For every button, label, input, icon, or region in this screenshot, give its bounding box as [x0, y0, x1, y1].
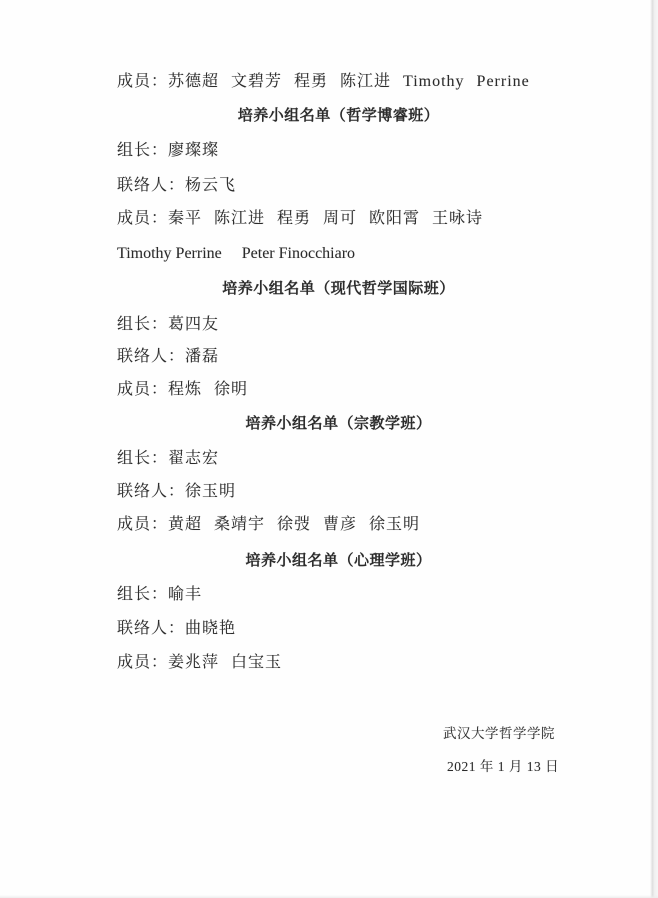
leader-line: 组长：葛四友: [117, 317, 219, 333]
members-line: 成员：秦平 陈江进 程勇 周可 欧阳霄 王咏诗: [117, 211, 483, 227]
contact-line: 联络人：杨云飞: [117, 178, 236, 194]
members-overflow-line: Timothy Perrine Peter Finocchiaro: [117, 246, 355, 262]
members-line: 成员：姜兆萍 白宝玉: [117, 655, 282, 671]
section-title-zongjiaoxue: 培养小组名单（宗教学班）: [117, 417, 560, 432]
leader-line: 组长：喻丰: [117, 587, 202, 603]
contact-line: 联络人：潘磊: [117, 349, 219, 365]
leader-line: 组长：廖璨璨: [117, 143, 219, 159]
members-line: 成员：程炼 徐明: [117, 382, 248, 398]
section-title-xiandai-zhexue-guoji: 培养小组名单（现代哲学国际班）: [117, 282, 560, 297]
section-title-zhexue-borui: 培养小组名单（哲学博睿班）: [117, 109, 560, 124]
contact-line: 联络人：曲晓艳: [117, 621, 236, 637]
document-page: 成员：苏德超 文碧芳 程勇 陈江进 Timothy Perrine 培养小组名单…: [0, 0, 658, 898]
contact-line: 联络人：徐玉明: [117, 484, 236, 500]
section-title-xinlixue: 培养小组名单（心理学班）: [117, 554, 560, 569]
leader-line: 组长：翟志宏: [117, 451, 219, 467]
date-line: 2021 年 1 月 13 日: [447, 760, 559, 774]
members-line: 成员：黄超 桑靖宇 徐弢 曹彦 徐玉明: [117, 517, 420, 533]
members-line-continued: 成员：苏德超 文碧芳 程勇 陈江进 Timothy Perrine: [117, 74, 530, 90]
page-edge-right: [649, 0, 658, 898]
signature-line: 武汉大学哲学学院: [443, 727, 555, 741]
